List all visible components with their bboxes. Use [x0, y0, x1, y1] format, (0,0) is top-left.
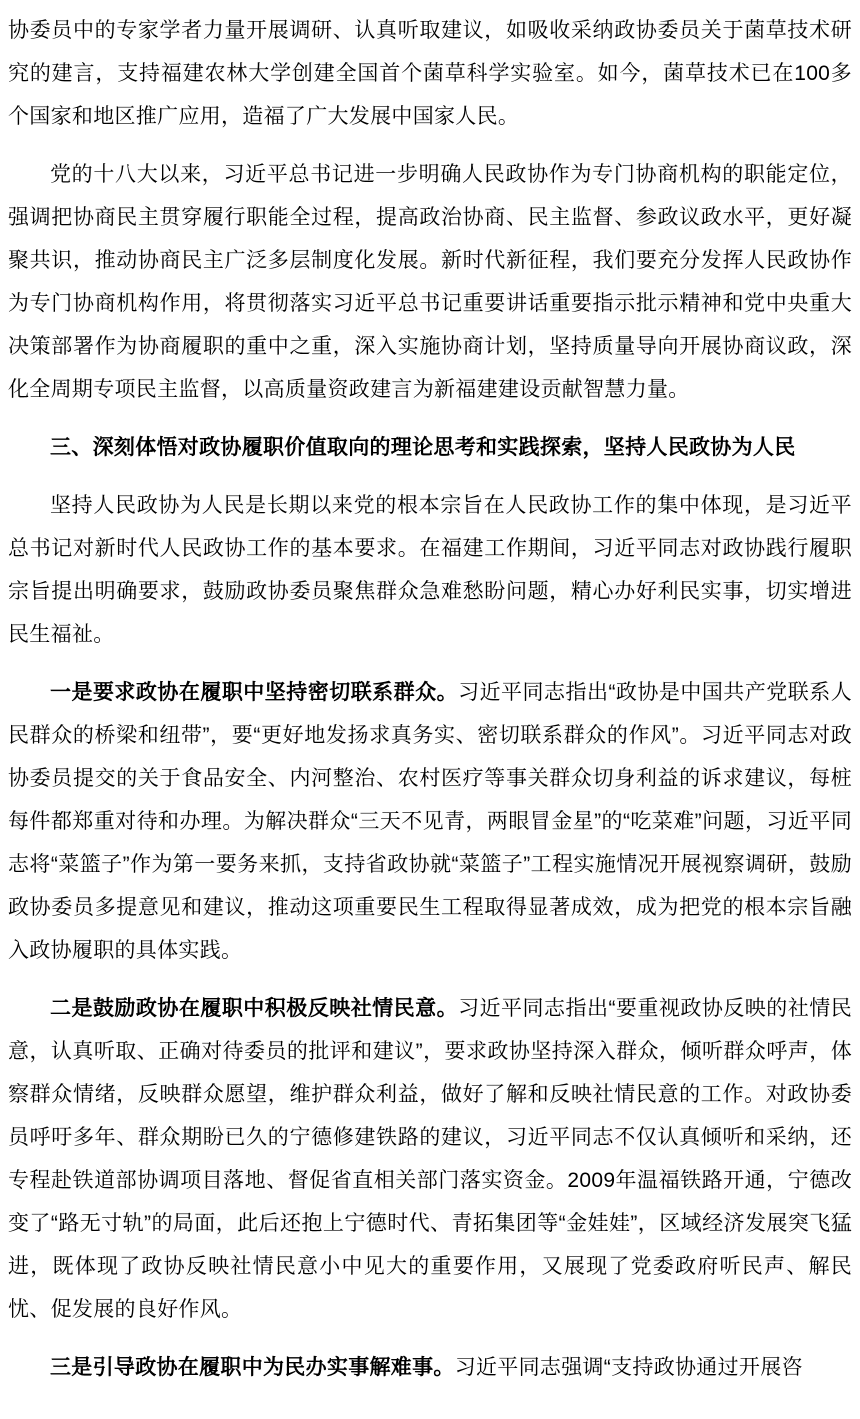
paragraph-bold-lead: 一是要求政协在履职中坚持密切联系群众。: [50, 681, 458, 704]
article-body: 协委员中的专家学者力量开展调研、认真听取建议，如吸收采纳政协委员关于菌草技术研究…: [0, 0, 860, 1389]
paragraph: 坚持人民政协为人民是长期以来党的根本宗旨在人民政协工作的集中体现，是习近平总书记…: [8, 484, 852, 656]
paragraph: 党的十八大以来，习近平总书记进一步明确人民政协作为专门协商机构的职能定位，强调把…: [8, 153, 852, 411]
paragraph-bold-lead: 三是引导政协在履职中为民办实事解难事。: [50, 1356, 455, 1379]
paragraph-text: 习近平同志指出“政协是中国共产党联系人民群众的桥梁和纽带”，要“更好地发扬求真务…: [8, 681, 852, 962]
paragraph-text: 习近平同志指出“要重视政协反映的社情民意，认真听取、正确对待委员的批评和建议”，…: [8, 997, 852, 1321]
paragraph-continuation: 协委员中的专家学者力量开展调研、认真听取建议，如吸收采纳政协委员关于菌草技术研究…: [8, 9, 852, 138]
paragraph-bold-lead: 二是鼓励政协在履职中积极反映社情民意。: [50, 997, 458, 1020]
paragraph-clipped: 三是引导政协在履职中为民办实事解难事。习近平同志强调“支持政协通过开展咨: [8, 1346, 852, 1389]
paragraph-text: 习近平同志强调“支持政协通过开展咨: [455, 1356, 803, 1379]
section-heading: 三、深刻体悟对政协履职价值取向的理论思考和实践探索，坚持人民政协为人民: [8, 426, 852, 469]
paragraph: 一是要求政协在履职中坚持密切联系群众。习近平同志指出“政协是中国共产党联系人民群…: [8, 671, 852, 972]
paragraph: 二是鼓励政协在履职中积极反映社情民意。习近平同志指出“要重视政协反映的社情民意，…: [8, 987, 852, 1331]
